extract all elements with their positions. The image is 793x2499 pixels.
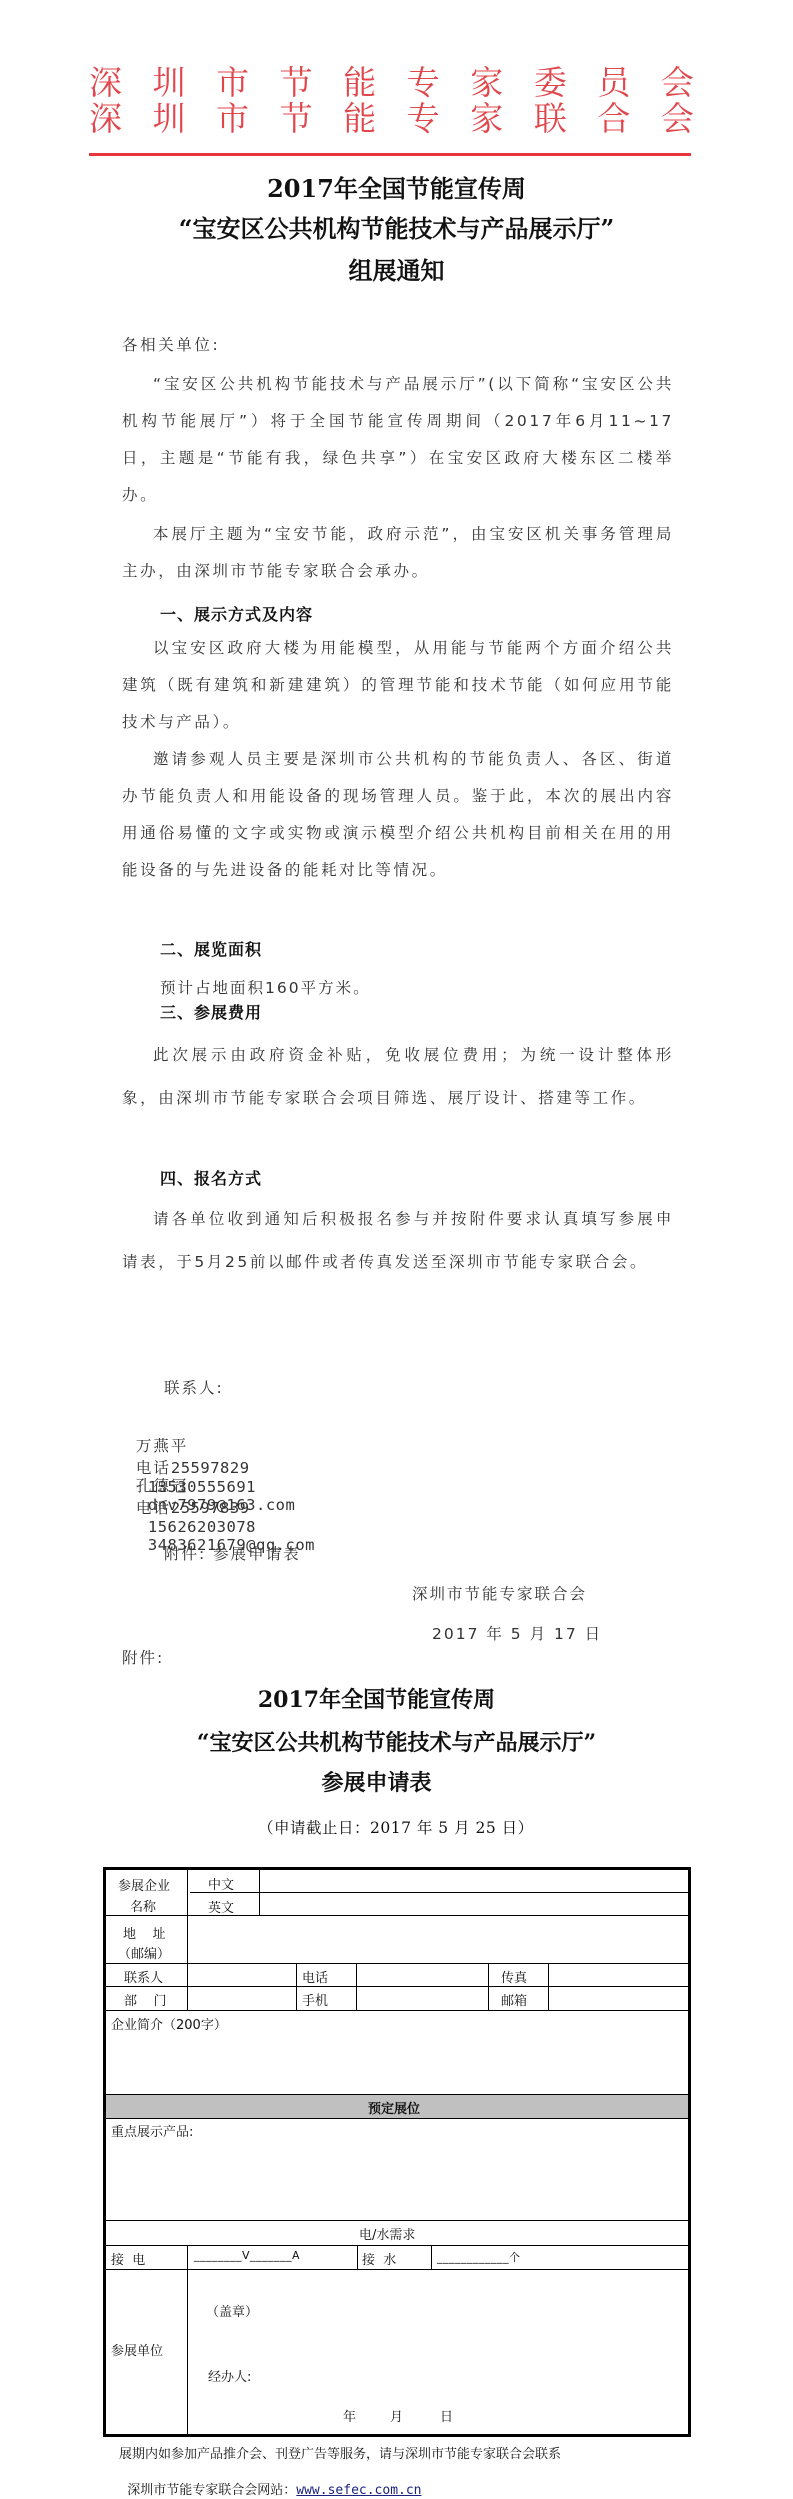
- notice-title-line-1: 2017年全国节能宣传周: [0, 174, 793, 204]
- contacts-label: 联系人:: [164, 1376, 224, 1398]
- col-divider: [356, 1963, 357, 2010]
- letterhead-char: 节: [280, 100, 313, 138]
- letterhead-char: 委: [534, 64, 567, 102]
- footer-website-line: 深圳市节能专家联合会网站：www.sefec.com.cn: [119, 2464, 422, 2498]
- col-divider: [259, 1870, 260, 1915]
- key-products-field[interactable]: [106, 2138, 688, 2218]
- row-divider: [106, 1963, 688, 1964]
- contact-name: 孔德冠: [136, 1477, 189, 1495]
- row-divider: [190, 1892, 688, 1893]
- company-name-label: 参展企业: [118, 1875, 170, 1894]
- attachment-label: 附件:: [122, 1646, 164, 1668]
- company-name-label-2: 名称: [130, 1896, 156, 1915]
- letterhead-char: 会: [661, 64, 694, 102]
- letterhead-char: 市: [216, 64, 249, 102]
- footer-website-label: 深圳市节能专家联合会网站：: [127, 2483, 296, 2498]
- letterhead-char: 专: [407, 64, 440, 102]
- letterhead-char: 家: [470, 64, 503, 102]
- row-divider: [106, 2245, 688, 2246]
- email-field[interactable]: [550, 1988, 688, 2010]
- utility-header: 电/水需求: [359, 2224, 415, 2243]
- address-field[interactable]: [189, 1917, 688, 1963]
- letterhead-char: 市: [216, 100, 249, 138]
- letterhead-line-1: 深 圳 市 节 能 专 家 委 员 会: [89, 64, 694, 102]
- organizer-paragraph: 本展厅主题为“宝安节能，政府示范”，由宝安区机关事务管理局主办，由深圳市节能专家…: [122, 516, 674, 590]
- booking-header: 预定展位: [368, 2098, 420, 2117]
- mobile-label: 手机: [302, 1990, 328, 2009]
- col-divider: [431, 2245, 432, 2269]
- letterhead-char: 圳: [153, 100, 186, 138]
- col-divider: [488, 1963, 489, 2010]
- col-divider: [548, 1963, 549, 2010]
- letterhead-char: 能: [343, 64, 376, 102]
- letterhead-line-2: 深 圳 市 节 能 专 家 联 合 会: [89, 100, 694, 138]
- english-name-field[interactable]: [261, 1894, 688, 1915]
- row-divider: [106, 1986, 688, 1987]
- letterhead-char: 员: [597, 64, 630, 102]
- mobile-field[interactable]: [358, 1988, 488, 2010]
- notice-title-line-3: 组展通知: [0, 256, 793, 286]
- attachment-note: 附件: 参展申请表: [164, 1542, 301, 1564]
- website-link[interactable]: www.sefec.com.cn: [296, 2483, 421, 2498]
- row-divider: [106, 1915, 688, 1916]
- col-divider: [187, 1870, 188, 2010]
- letterhead-red-rule: [89, 153, 691, 156]
- company-intro-field[interactable]: [106, 2030, 688, 2092]
- section-1-paragraph-1: 以宝安区政府大楼为用能模型，从用能与节能两个方面介绍公共建筑（既有建筑和新建建筑…: [122, 630, 674, 741]
- address-label: 地 址: [123, 1923, 166, 1942]
- letterhead-char: 会: [661, 100, 694, 138]
- letterhead-char: 合: [597, 100, 630, 138]
- phone-field[interactable]: [358, 1965, 488, 1986]
- exhibitor-label: 参展单位: [111, 2340, 163, 2359]
- contact-name: 万燕平: [136, 1437, 189, 1455]
- letterhead-char: 节: [280, 64, 313, 102]
- section-1-heading: 一、展示方式及内容: [160, 602, 313, 625]
- section-3-heading: 三、参展费用: [160, 1000, 262, 1023]
- exhibitor-signature-field[interactable]: [189, 2271, 688, 2434]
- contact-mobile: 15626203078: [148, 1518, 256, 1536]
- salutation: 各相关单位:: [122, 327, 674, 364]
- col-divider: [357, 2245, 358, 2269]
- contact-person-field[interactable]: [189, 1965, 296, 1986]
- letterhead-char: 圳: [153, 64, 186, 102]
- fax-label: 传真: [501, 1967, 527, 1986]
- section-1-paragraph-2: 邀请参观人员主要是深圳市公共机构的节能负责人、各区、街道办节能负责人和用能设备的…: [122, 741, 674, 889]
- letterhead-char: 专: [407, 100, 440, 138]
- water-label: 接 水: [362, 2249, 396, 2268]
- chinese-name-field[interactable]: [261, 1870, 688, 1892]
- fax-field[interactable]: [550, 1965, 688, 1986]
- attachment-title-line-3: 参展申请表: [0, 1769, 773, 1797]
- letterhead-char: 深: [89, 64, 122, 102]
- col-divider: [296, 1963, 297, 2010]
- letterhead-char: 联: [534, 100, 567, 138]
- attachment-title-line-1: 2017年全国节能宣传周: [0, 1686, 773, 1714]
- phone-label: 电话: [302, 1967, 328, 1986]
- chinese-name-label: 中文: [208, 1874, 234, 1893]
- postcode-label: （邮编）: [118, 1943, 170, 1962]
- row-divider: [106, 2220, 688, 2221]
- signature-date: 2017 年 5 月 17 日: [432, 1622, 602, 1644]
- section-3-paragraph: 此次展示由政府资金补贴，免收展位费用；为统一设计整体形象，由深圳市节能专家联合会…: [122, 1034, 674, 1120]
- power-label: 接 电: [111, 2249, 145, 2268]
- power-field[interactable]: ________V_______A: [194, 2249, 300, 2262]
- section-2-heading: 二、展览面积: [160, 937, 262, 960]
- contact-row: 孔德冠 电话25597839 15626203078 3483621679@qq…: [122, 1456, 315, 1554]
- water-field[interactable]: ____________个: [437, 2249, 521, 2265]
- english-name-label: 英文: [208, 1897, 234, 1916]
- footer-services-note: 展期内如参加产品推介会、刊登广告等服务，请与深圳市节能专家联合会联系: [119, 2443, 561, 2462]
- contact-person-label: 联系人: [124, 1967, 163, 1986]
- row-divider: [106, 2010, 688, 2011]
- row-divider: [106, 2269, 688, 2270]
- col-divider: [187, 2245, 188, 2437]
- department-field[interactable]: [189, 1988, 296, 2010]
- department-label: 部 门: [124, 1990, 167, 2009]
- contact-phone-label: 电话: [136, 1499, 171, 1517]
- letterhead-char: 深: [89, 100, 122, 138]
- application-deadline: （申请截止日：2017 年 5 月 25 日）: [258, 1816, 534, 1838]
- attachment-title-line-2: “宝安区公共机构节能技术与产品展示厅”: [0, 1729, 793, 1757]
- section-4-paragraph: 请各单位收到通知后积极报名参与并按附件要求认真填写参展申请表，于5月25前以邮件…: [122, 1198, 674, 1284]
- intro-paragraph: “宝安区公共机构节能技术与产品展示厅”(以下简称“宝安区公共机构节能展厅”）将于…: [122, 366, 674, 514]
- application-form-table: 参展企业 名称 中文 英文 地 址 （邮编） 联系人 电话 传真 部 门 手机 …: [103, 1867, 691, 2437]
- letterhead-char: 能: [343, 100, 376, 138]
- notice-title-line-2: “宝安区公共机构节能技术与产品展示厅”: [0, 214, 793, 244]
- section-4-heading: 四、报名方式: [160, 1166, 262, 1189]
- email-label: 邮箱: [501, 1990, 527, 2009]
- letterhead-char: 家: [470, 100, 503, 138]
- signature-org: 深圳市节能专家联合会: [412, 1582, 587, 1604]
- contact-phone: 25597839: [171, 1499, 250, 1517]
- section-2-paragraph: 预计占地面积160平方米。: [160, 976, 371, 998]
